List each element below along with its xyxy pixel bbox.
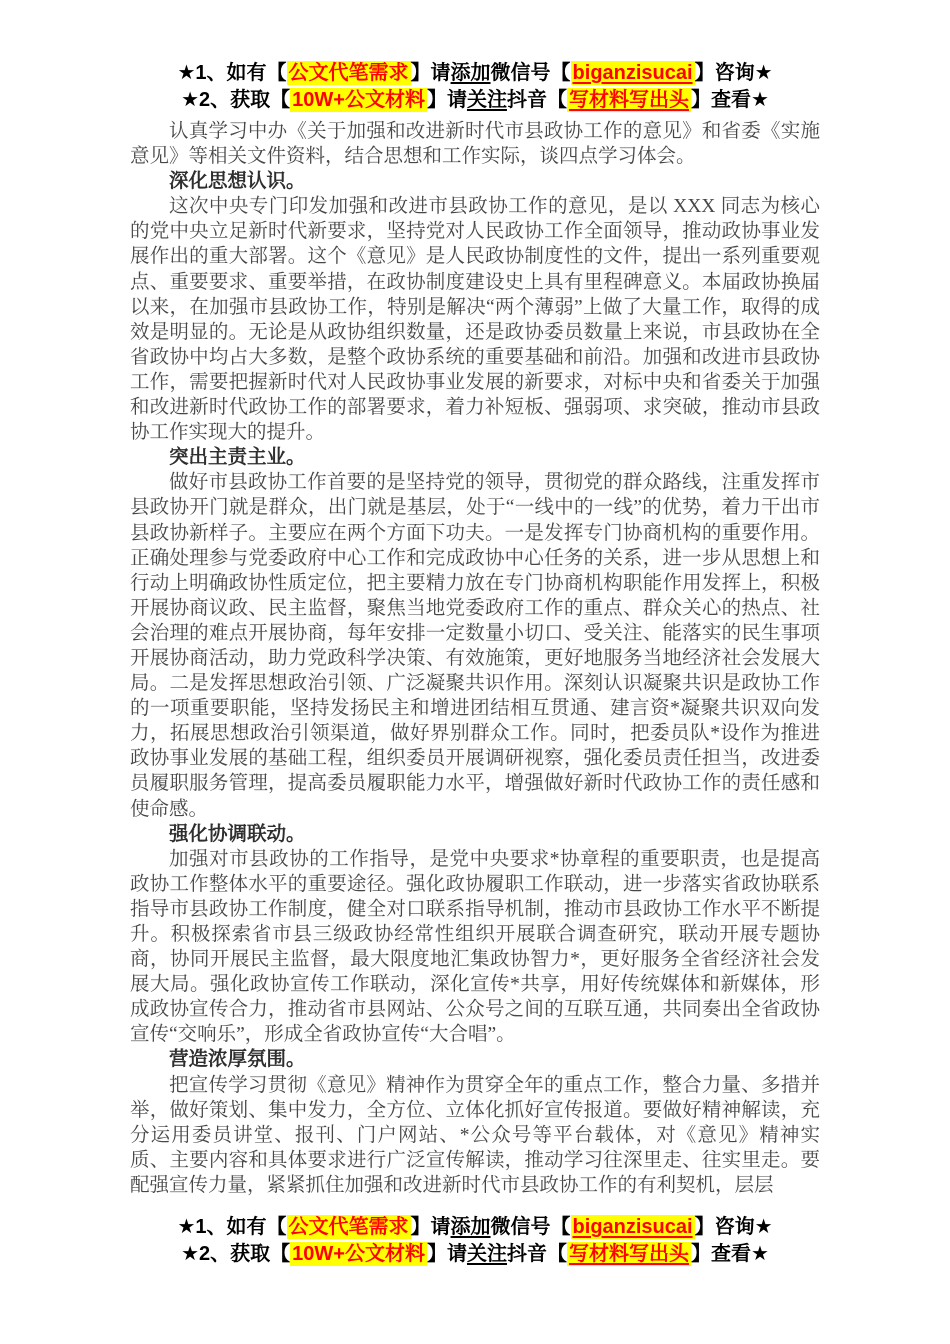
- promo2-prefix: ★2、获取【: [181, 1243, 290, 1265]
- promo2-suffix: 】查看★: [691, 1243, 769, 1265]
- promo2-mid1: 】请: [427, 1243, 467, 1265]
- promo-banner-bottom: ★1、如有【公文代笔需求】请添加微信号【biganzisucai】咨询★ ★2、…: [0, 1214, 950, 1268]
- document-body: 认真学习中办《关于加强和改进新时代市县政协工作的意见》和省委《实施意见》等相关文…: [130, 119, 820, 1198]
- promo-banner-bottom-line1: ★1、如有【公文代笔需求】请添加微信号【biganzisucai】咨询★: [0, 1214, 950, 1241]
- promo2-douyin-id: 写材料写出头: [567, 1242, 691, 1266]
- promo1-suffix: 】咨询★: [695, 62, 773, 84]
- body-paragraph: 认真学习中办《关于加强和改进新时代市县政协工作的意见》和省委《实施意见》等相关文…: [130, 119, 820, 169]
- promo2-prefix: ★2、获取【: [181, 89, 290, 111]
- promo1-wechat-id: biganzisucai: [571, 1215, 695, 1239]
- body-paragraph: 做好市县政协工作首要的是坚持党的领导，贯彻党的群众路线，注重发挥市县政协开门就是…: [130, 470, 820, 821]
- promo1-mid1: 】请: [411, 1216, 451, 1238]
- promo1-prefix: ★1、如有【: [177, 1216, 286, 1238]
- promo1-add-action: 添加: [451, 62, 491, 84]
- promo-banner-top-line1: ★1、如有【公文代笔需求】请添加微信号【biganzisucai】咨询★: [0, 60, 950, 87]
- body-paragraph: 加强对市县政协的工作指导，是党中央要求*协章程的重要职责，也是提高政协工作整体水…: [130, 847, 820, 1048]
- section-heading: 营造浓厚氛围。: [130, 1047, 820, 1072]
- promo1-mid2: 微信号【: [491, 62, 571, 84]
- document-page: ★1、如有【公文代笔需求】请添加微信号【biganzisucai】咨询★ ★2、…: [0, 0, 950, 1344]
- promo2-follow-action: 关注: [467, 89, 507, 111]
- promo2-mid1: 】请: [427, 89, 467, 111]
- promo2-mid2: 抖音【: [507, 89, 567, 111]
- promo-banner-top-line2: ★2、获取【10W+公文材料】请关注抖音【写材料写出头】查看★: [0, 87, 950, 114]
- promo2-douyin-id: 写材料写出头: [567, 88, 691, 112]
- promo2-follow-action: 关注: [467, 1243, 507, 1265]
- promo2-highlighted-term: 10W+公文材料: [290, 88, 427, 112]
- section-heading: 深化思想认识。: [130, 169, 820, 194]
- promo1-add-action: 添加: [451, 1216, 491, 1238]
- promo1-prefix: ★1、如有【: [177, 62, 286, 84]
- body-paragraph: 这次中央专门印发加强和改进市县政协工作的意见，是以 XXX 同志为核心的党中央立…: [130, 194, 820, 445]
- promo1-mid1: 】请: [411, 62, 451, 84]
- promo-banner-bottom-line2: ★2、获取【10W+公文材料】请关注抖音【写材料写出头】查看★: [0, 1241, 950, 1268]
- promo1-highlighted-term: 公文代笔需求: [287, 61, 411, 85]
- promo1-mid2: 微信号【: [491, 1216, 571, 1238]
- section-heading: 强化协调联动。: [130, 822, 820, 847]
- promo2-suffix: 】查看★: [691, 89, 769, 111]
- section-heading: 突出主责主业。: [130, 445, 820, 470]
- promo1-suffix: 】咨询★: [695, 1216, 773, 1238]
- promo1-highlighted-term: 公文代笔需求: [287, 1215, 411, 1239]
- promo-banner-top: ★1、如有【公文代笔需求】请添加微信号【biganzisucai】咨询★ ★2、…: [0, 60, 950, 114]
- promo2-mid2: 抖音【: [507, 1243, 567, 1265]
- promo1-wechat-id: biganzisucai: [571, 61, 695, 85]
- promo2-highlighted-term: 10W+公文材料: [290, 1242, 427, 1266]
- body-paragraph: 把宣传学习贯彻《意见》精神作为贯穿全年的重点工作，整合力量、多措并举，做好策划、…: [130, 1073, 820, 1198]
